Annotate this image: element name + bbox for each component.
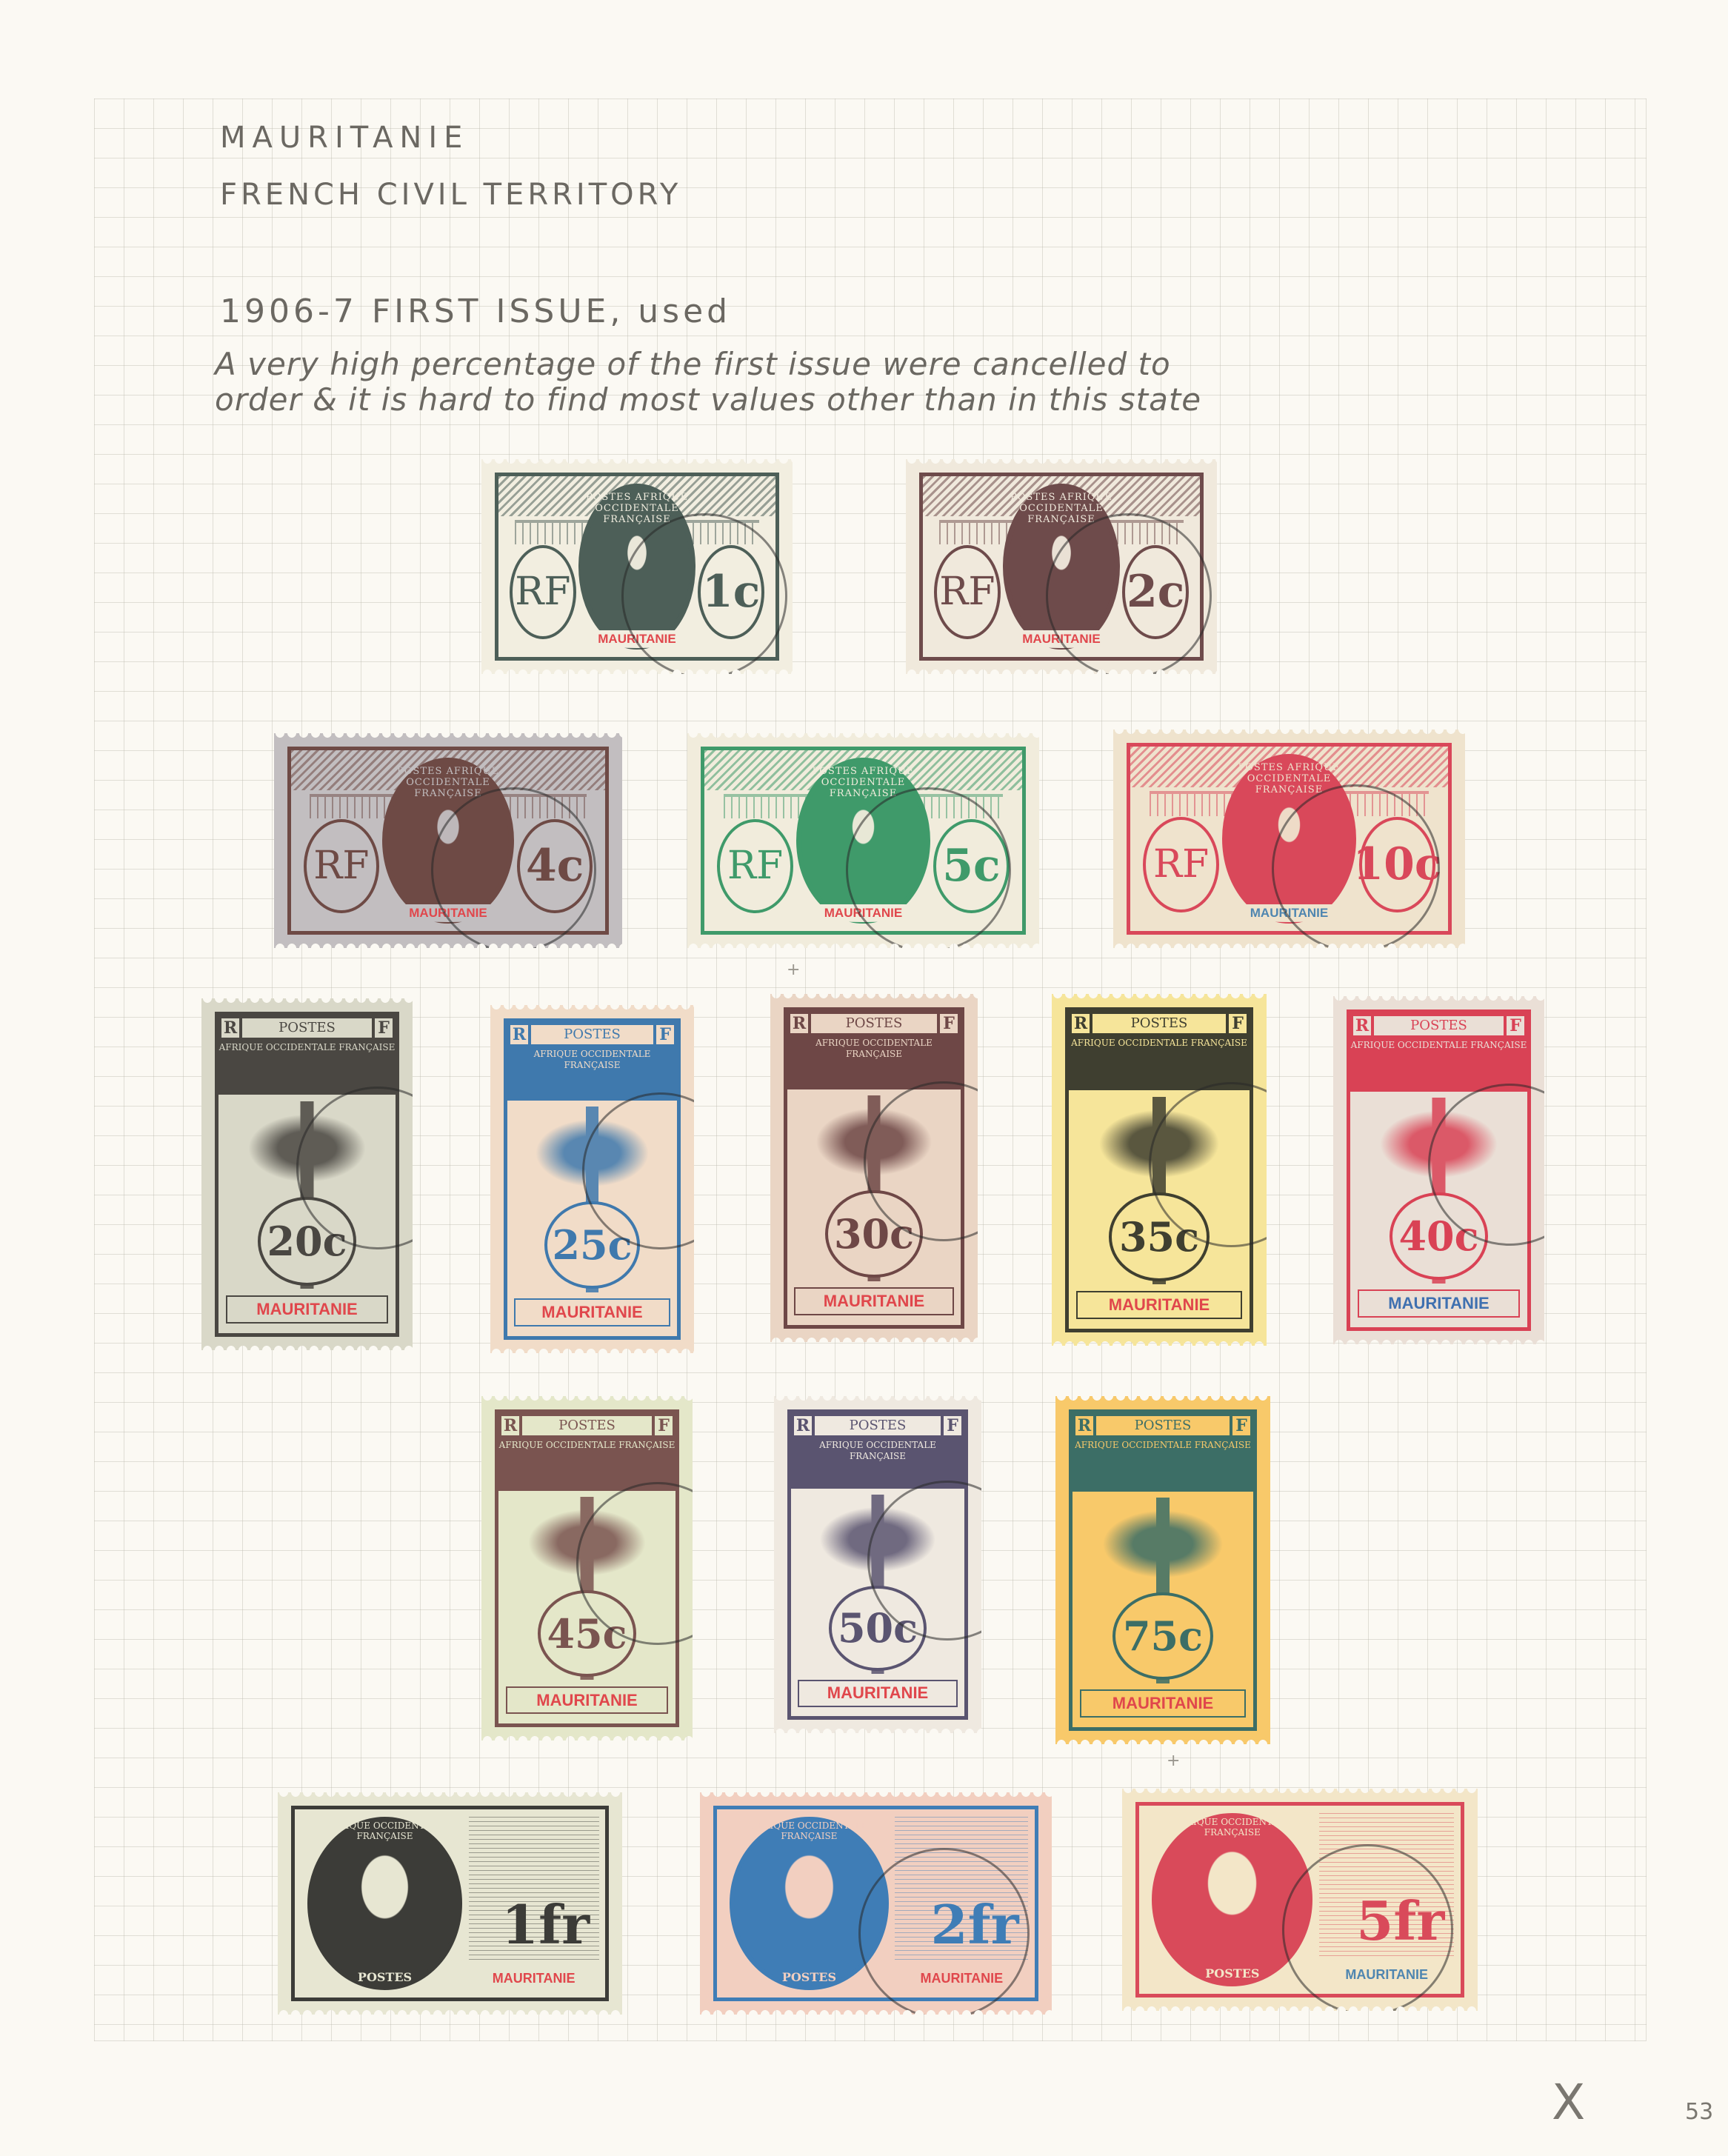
stamp-frame: AFRIQUE OCCIDENTALE FRANÇAISE POSTES 2fr… [713,1806,1038,2001]
inscription: POSTES AFRIQUE OCCIDENTALE FRANÇAISE [1008,492,1114,525]
issue-note-line-1: A very high percentage of the first issu… [215,347,1201,382]
stamp-frame: RF 4c POSTES AFRIQUE OCCIDENTALE FRANÇAI… [287,747,609,935]
country-name: MAURITANIE [794,1287,953,1315]
f-letter: F [375,1018,393,1038]
r-letter: R [221,1018,239,1038]
stamp-header: R POSTES F AFRIQUE OCCIDENTALE FRANÇAISE [1350,1013,1527,1092]
denomination: 35c [1109,1192,1210,1281]
denomination: 2c [1122,545,1189,639]
rf-monogram: RF [1143,817,1219,912]
stamp-header: R POSTES F AFRIQUE OCCIDENTALE FRANÇAISE [787,1011,961,1089]
stamp-40c: R POSTES F AFRIQUE OCCIDENTALE FRANÇAISE… [1333,996,1544,1344]
stamp-frame: RF 10c POSTES AFRIQUE OCCIDENTALE FRANÇA… [1127,743,1452,935]
denomination: 5fr [1356,1889,1444,1952]
stamp-frame: R POSTES F AFRIQUE OCCIDENTALE FRANÇAISE… [504,1018,681,1340]
postes-label: POSTES [1152,1966,1312,1980]
country-name: MAURITANIE [506,1686,669,1715]
inscription: POSTES AFRIQUE OCCIDENTALE FRANÇAISE [1227,762,1350,795]
postes-label: POSTES [307,1970,463,1984]
country-name: MAURITANIE [895,1971,1028,1986]
stamp-frame: R POSTES F AFRIQUE OCCIDENTALE FRANÇAISE… [787,1409,968,1720]
denomination: 10c [1359,817,1435,912]
stamp-header: R POSTES F AFRIQUE OCCIDENTALE FRANÇAISE [791,1413,964,1489]
inscription: AFRIQUE OCCIDENTALE FRANÇAISE [730,1820,889,1841]
country-name: MAURITANIE [584,630,690,648]
inscription: AFRIQUE OCCIDENTALE FRANÇAISE [791,1440,964,1462]
country-name: MAURITANIE [514,1298,670,1326]
f-letter: F [944,1416,961,1435]
country-name: MAURITANIE [226,1295,389,1324]
portrait-oval: POSTES AFRIQUE OCCIDENTALE FRANÇAISE [382,758,514,924]
country-name: MAURITANIE [1358,1289,1521,1318]
stamp-25c: R POSTES F AFRIQUE OCCIDENTALE FRANÇAISE… [490,1005,694,1353]
r-letter: R [1353,1016,1371,1035]
issue-note: A very high percentage of the first issu… [215,347,1201,418]
r-letter: R [501,1416,519,1435]
denomination: 45c [538,1590,637,1677]
stamp-frame: RF 2c POSTES AFRIQUE OCCIDENTALE FRANÇAI… [919,473,1204,661]
stamp-75c: R POSTES F AFRIQUE OCCIDENTALE FRANÇAISE… [1055,1396,1270,1744]
country-name: MAURITANIE [798,1680,957,1707]
portrait-icon [307,1817,463,1990]
postes-label: POSTES [242,1018,372,1038]
page-number: 53 [1685,2099,1713,2125]
inscription: AFRIQUE OCCIDENTALE FRANÇAISE [1069,1038,1250,1049]
stamp-frame: R POSTES F AFRIQUE OCCIDENTALE FRANÇAISE… [1065,1007,1253,1332]
stamp-10c: RF 10c POSTES AFRIQUE OCCIDENTALE FRANÇA… [1113,730,1465,948]
country-name: MAURITANIE [1076,1291,1243,1320]
stamp-4c: RF 4c POSTES AFRIQUE OCCIDENTALE FRANÇAI… [274,733,622,948]
denomination: 2fr [931,1893,1019,1956]
f-letter: F [940,1014,958,1033]
inscription: POSTES AFRIQUE OCCIDENTALE FRANÇAISE [387,766,509,799]
inscription: AFRIQUE OCCIDENTALE FRANÇAISE [1350,1040,1527,1051]
stamp-frame: RF 1c POSTES AFRIQUE OCCIDENTALE FRANÇAI… [495,473,779,661]
country-name: MAURITANIE [1009,630,1114,648]
denomination: 75c [1112,1592,1214,1681]
stamp-frame: R POSTES F AFRIQUE OCCIDENTALE FRANÇAISE… [215,1012,399,1337]
page-title: MAURITANIE [220,121,469,155]
denomination: 30c [825,1190,922,1278]
r-letter: R [1072,1014,1090,1033]
denomination: 1fr [501,1893,590,1956]
r-letter: R [1075,1416,1093,1435]
postes-label: POSTES [531,1025,653,1044]
stamp-1fr: AFRIQUE OCCIDENTALE FRANÇAISE POSTES 1fr… [278,1792,622,2015]
inscription: POSTES AFRIQUE OCCIDENTALE FRANÇAISE [801,766,924,799]
stamp-5fr: AFRIQUE OCCIDENTALE FRANÇAISE POSTES 5fr… [1122,1789,1478,2011]
postes-label: POSTES [1096,1416,1230,1435]
country-name: MAURITANIE [469,1971,599,1986]
r-letter: R [794,1416,812,1435]
stamp-2c: RF 2c POSTES AFRIQUE OCCIDENTALE FRANÇAI… [906,459,1217,674]
corner-mark: X [1552,2074,1585,2131]
country-name: MAURITANIE [803,904,924,922]
inscription: AFRIQUE OCCIDENTALE FRANÇAISE [218,1042,396,1053]
stamp-frame: RF 5c POSTES AFRIQUE OCCIDENTALE FRANÇAI… [701,747,1026,935]
denomination: 40c [1390,1192,1489,1281]
rf-monogram: RF [934,545,1001,639]
portrait-oval: POSTES AFRIQUE OCCIDENTALE FRANÇAISE [1222,754,1355,924]
stamp-header: R POSTES F AFRIQUE OCCIDENTALE FRANÇAISE [1073,1413,1253,1492]
denomination: 5c [933,819,1010,913]
portrait-oval: POSTES AFRIQUE OCCIDENTALE FRANÇAISE [796,758,930,924]
postes-label: POSTES [811,1014,937,1033]
inscription: POSTES AFRIQUE OCCIDENTALE FRANÇAISE [584,492,690,525]
issue-heading: 1906-7 FIRST ISSUE, used [220,293,731,330]
portrait-icon [730,1817,889,1990]
rf-monogram: RF [717,819,793,913]
f-letter: F [1507,1016,1524,1035]
stamp-1c: RF 1c POSTES AFRIQUE OCCIDENTALE FRANÇAI… [481,459,793,674]
stamp-frame: R POSTES F AFRIQUE OCCIDENTALE FRANÇAISE… [495,1409,679,1727]
f-letter: F [1232,1416,1250,1435]
postes-label: POSTES [815,1416,941,1435]
stamp-frame: R POSTES F AFRIQUE OCCIDENTALE FRANÇAISE… [784,1007,964,1329]
denomination: 25c [544,1201,639,1289]
f-letter: F [656,1025,674,1044]
inscription: AFRIQUE OCCIDENTALE FRANÇAISE [1073,1440,1253,1451]
page-subtitle: FRENCH CIVIL TERRITORY [220,178,681,212]
stamp-35c: R POSTES F AFRIQUE OCCIDENTALE FRANÇAISE… [1052,994,1267,1346]
portrait-icon [1152,1813,1312,1986]
country-name: MAURITANIE [1319,1967,1454,1983]
stamp-frame: R POSTES F AFRIQUE OCCIDENTALE FRANÇAISE… [1069,1409,1257,1731]
rf-monogram: RF [304,819,379,913]
stamp-header: R POSTES F AFRIQUE OCCIDENTALE FRANÇAISE [1069,1011,1250,1090]
inscription: AFRIQUE OCCIDENTALE FRANÇAISE [787,1038,961,1060]
issue-note-line-2: order & it is hard to find most values o… [215,382,1201,418]
denomination: 4c [517,819,593,913]
denomination: 50c [829,1586,926,1671]
stamp-2fr: AFRIQUE OCCIDENTALE FRANÇAISE POSTES 2fr… [700,1792,1052,2015]
stamp-frame: AFRIQUE OCCIDENTALE FRANÇAISE POSTES 5fr… [1135,1802,1464,1998]
stamp-header: R POSTES F AFRIQUE OCCIDENTALE FRANÇAISE [507,1022,677,1101]
position-mark-icon: + [1167,1752,1180,1770]
postes-label: POSTES [1092,1014,1226,1033]
f-letter: F [655,1416,673,1435]
postes-label: POSTES [730,1970,889,1984]
stamp-header: R POSTES F AFRIQUE OCCIDENTALE FRANÇAISE [218,1015,396,1095]
r-letter: R [510,1025,528,1044]
stamp-5c: RF 5c POSTES AFRIQUE OCCIDENTALE FRANÇAI… [687,733,1039,948]
postes-label: POSTES [522,1416,652,1435]
denomination: 20c [258,1197,357,1286]
stamp-header: R POSTES F AFRIQUE OCCIDENTALE FRANÇAISE [498,1413,675,1491]
position-mark-icon: + [787,961,800,979]
denomination: 1c [698,545,764,639]
country-name: MAURITANIE [388,904,507,922]
stamp-20c: R POSTES F AFRIQUE OCCIDENTALE FRANÇAISE… [201,998,413,1350]
stamp-frame: AFRIQUE OCCIDENTALE FRANÇAISE POSTES 1fr… [291,1806,609,2001]
rf-monogram: RF [510,545,576,639]
postes-label: POSTES [1374,1016,1504,1035]
country-name: MAURITANIE [1229,904,1350,922]
stamp-50c: R POSTES F AFRIQUE OCCIDENTALE FRANÇAISE… [774,1396,981,1733]
portrait-oval: POSTES AFRIQUE OCCIDENTALE FRANÇAISE [1003,484,1119,650]
inscription: AFRIQUE OCCIDENTALE FRANÇAISE [307,1820,463,1841]
f-letter: F [1229,1014,1247,1033]
stamp-45c: R POSTES F AFRIQUE OCCIDENTALE FRANÇAISE… [481,1396,693,1741]
inscription: AFRIQUE OCCIDENTALE FRANÇAISE [1152,1817,1312,1838]
r-letter: R [790,1014,808,1033]
stamp-frame: R POSTES F AFRIQUE OCCIDENTALE FRANÇAISE… [1347,1009,1531,1331]
stamp-30c: R POSTES F AFRIQUE OCCIDENTALE FRANÇAISE… [770,994,978,1342]
inscription: AFRIQUE OCCIDENTALE FRANÇAISE [507,1049,677,1071]
portrait-oval: POSTES AFRIQUE OCCIDENTALE FRANÇAISE [578,484,695,650]
inscription: AFRIQUE OCCIDENTALE FRANÇAISE [498,1440,675,1451]
country-name: MAURITANIE [1080,1689,1247,1718]
